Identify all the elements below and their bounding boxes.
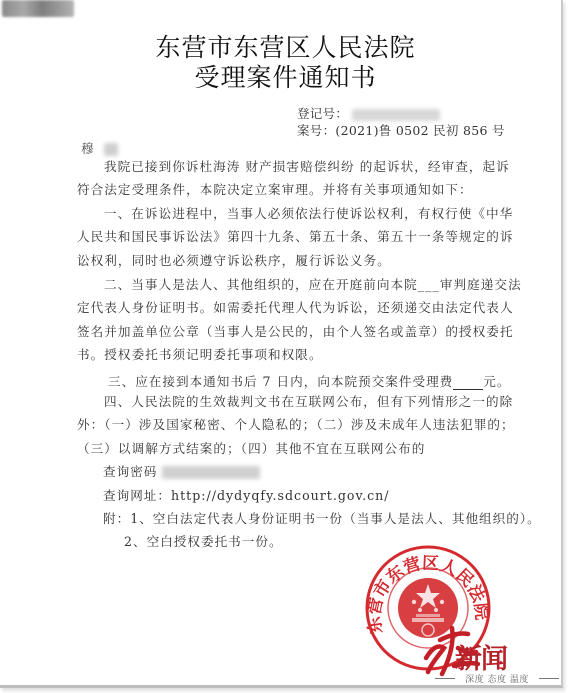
- item-3-line: 三、应在接到本通知书后 7 日内，向本院预交案件受理费 元。: [108, 371, 510, 390]
- query-url-line: 查询网址：http://dydyqfy.sdcourt.gov.cn/: [103, 485, 390, 504]
- item-2-paragraph: 二、当事人是法人、其他组织的，应在开庭前向本院___审判庭递交法定代表人身份证明…: [77, 273, 523, 366]
- registration-label: 登记号：: [297, 106, 348, 121]
- case-number-value: (2021)鲁 0502 民初 856 号: [335, 123, 504, 138]
- query-password-line: 查询密码: [103, 461, 260, 480]
- query-url: http://dydyqfy.sdcourt.gov.cn/: [171, 488, 390, 503]
- attachment-1: 附：1、空白法定代表人身份证明书一份（当事人是法人、其他组织的）。: [103, 508, 541, 527]
- item-3-text: 三、应在接到本通知书后 7 日内，向本院预交案件受理费: [108, 374, 453, 389]
- query-password-redacted: [162, 466, 260, 479]
- query-url-label: 查询网址：: [103, 488, 171, 503]
- fee-blank: [453, 374, 483, 390]
- case-number: 案号：(2021)鲁 0502 民初 856 号: [297, 121, 505, 139]
- item-1-paragraph: 一、在诉讼进程中，当事人必须依法行使诉讼权利，有权行使《中华人民共和国民事诉讼法…: [77, 202, 523, 272]
- registration-redacted: [352, 109, 440, 121]
- registration-number: 登记号：: [297, 104, 440, 122]
- watermark-slogan: 深度 态度 温度: [435, 672, 559, 685]
- notice-title: 受理案件通知书: [0, 58, 571, 94]
- document-page: 东营市东营区人民法院 受理案件通知书 登记号： 案号：(2021)鲁 0502 …: [0, 0, 563, 688]
- intro-paragraph: 我院已接到你诉杜海涛 财产损害赔偿纠纷 的起诉状，经审查，起诉符合法定受理条件，…: [77, 155, 523, 202]
- item-4-paragraph: 四、人民法院的生效裁判文书在互联网公布，但有下列情形之一的除外：（一）涉及国家秘…: [77, 390, 523, 460]
- watermark-brand: 新闻: [455, 637, 507, 676]
- addressee-name: 穆: [81, 141, 94, 156]
- query-password-label: 查询密码: [103, 464, 157, 479]
- attachment-2: 2、空白授权委托书一份。: [124, 531, 283, 550]
- case-number-label: 案号：: [297, 123, 335, 138]
- redacted-logo: [2, 0, 74, 17]
- item-3-suffix: 元。: [483, 374, 510, 389]
